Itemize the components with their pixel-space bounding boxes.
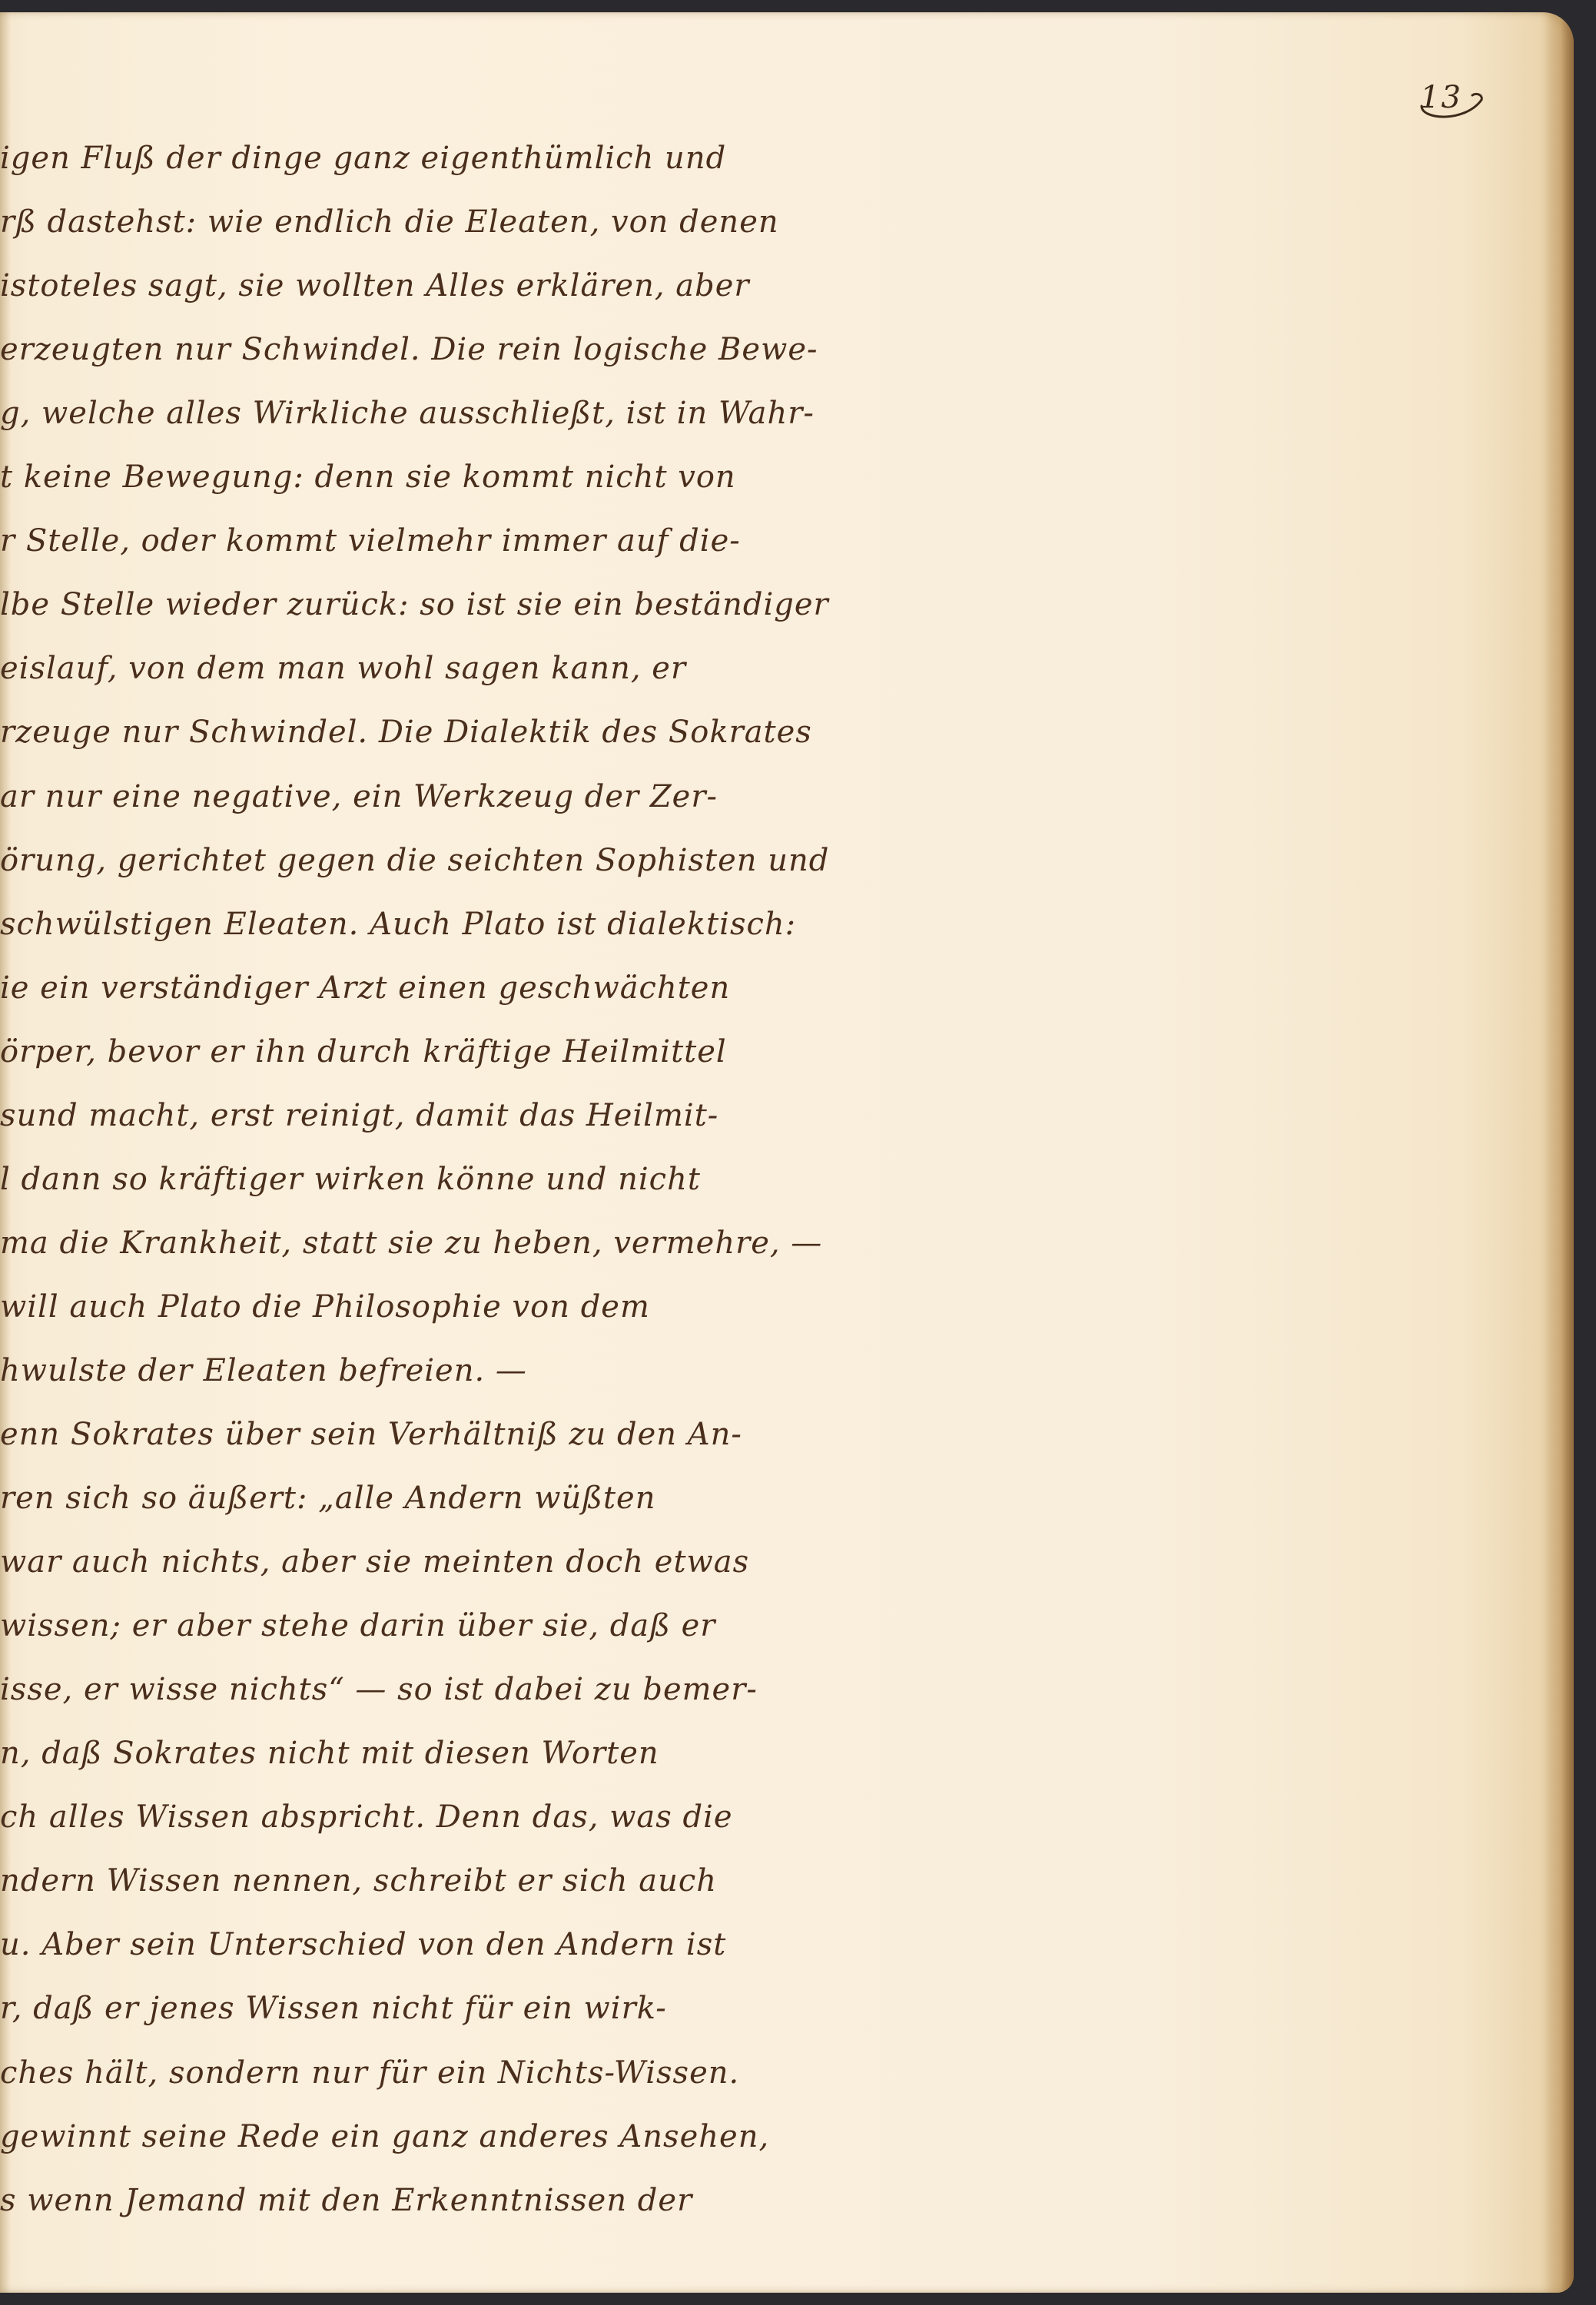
- manuscript-line: isse, er wisse nichts“ — so ist dabei zu…: [0, 1674, 758, 1705]
- manuscript-scan: 13 igen Fluß der dinge ganz eigenthümlic…: [0, 0, 1596, 2305]
- manuscript-line: ndern Wissen nennen, schreibt er sich au…: [0, 1866, 717, 1896]
- manuscript-line: r, daß er jenes Wissen nicht für ein wir…: [0, 1993, 667, 2024]
- manuscript-line: ar nur eine negative, ein Werkzeug der Z…: [0, 781, 718, 812]
- manuscript-line: örper, bevor er ihn durch kräftige Heilm…: [0, 1036, 727, 1067]
- manuscript-line: ches hält, sondern nur für ein Nichts-Wi…: [0, 2058, 739, 2088]
- manuscript-line: g, welche alles Wirkliche ausschließt, i…: [0, 398, 815, 429]
- manuscript-line: schwülstigen Eleaten. Auch Plato ist dia…: [0, 909, 796, 940]
- manuscript-line: hwulste der Eleaten befreien. —: [0, 1355, 527, 1386]
- manuscript-page: 13 igen Fluß der dinge ganz eigenthümlic…: [0, 12, 1574, 2293]
- manuscript-line: ma die Krankheit, statt sie zu heben, ve…: [0, 1228, 822, 1259]
- manuscript-line: ie ein verständiger Arzt einen geschwäch…: [0, 973, 730, 1003]
- manuscript-line: war auch nichts, aber sie meinten doch e…: [0, 1547, 749, 1577]
- manuscript-line: n, daß Sokrates nicht mit diesen Worten: [0, 1738, 659, 1769]
- manuscript-line: rß dastehst: wie endlich die Eleaten, vo…: [0, 207, 779, 237]
- manuscript-line: u. Aber sein Unterschied von den Andern …: [0, 1929, 726, 1960]
- manuscript-line: s wenn Jemand mit den Erkenntnissen der: [0, 2185, 692, 2216]
- manuscript-line: örung, gerichtet gegen die seichten Soph…: [0, 845, 829, 876]
- manuscript-line: will auch Plato die Philosophie von dem: [0, 1292, 650, 1322]
- manuscript-line: gewinnt seine Rede ein ganz anderes Anse…: [0, 2121, 769, 2152]
- manuscript-line: istoteles sagt, sie wollten Alles erklär…: [0, 270, 750, 301]
- page-number-flourish-icon: [1418, 89, 1488, 123]
- page-edge-stain: [1540, 12, 1574, 2293]
- manuscript-line: r Stelle, oder kommt vielmehr immer auf …: [0, 526, 741, 556]
- manuscript-line: lbe Stelle wieder zurück: so ist sie ein…: [0, 589, 829, 620]
- manuscript-line: enn Sokrates über sein Verhältniß zu den…: [0, 1419, 742, 1450]
- manuscript-line: wissen; er aber stehe darin über sie, da…: [0, 1610, 715, 1641]
- manuscript-line: sund macht, erst reinigt, damit das Heil…: [0, 1100, 718, 1131]
- manuscript-line: erzeugten nur Schwindel. Die rein logisc…: [0, 334, 818, 365]
- manuscript-line: t keine Bewegung: denn sie kommt nicht v…: [0, 462, 736, 493]
- manuscript-line: eislauf, von dem man wohl sagen kann, er: [0, 653, 686, 684]
- manuscript-line: ch alles Wissen abspricht. Denn das, was…: [0, 1802, 733, 1832]
- manuscript-line: rzeuge nur Schwindel. Die Dialektik des …: [0, 717, 812, 748]
- manuscript-line: l dann so kräftiger wirken könne und nic…: [0, 1164, 701, 1195]
- manuscript-line: ren sich so äußert: „alle Andern wüßten: [0, 1483, 655, 1514]
- manuscript-line: igen Fluß der dinge ganz eigenthümlich u…: [0, 143, 726, 174]
